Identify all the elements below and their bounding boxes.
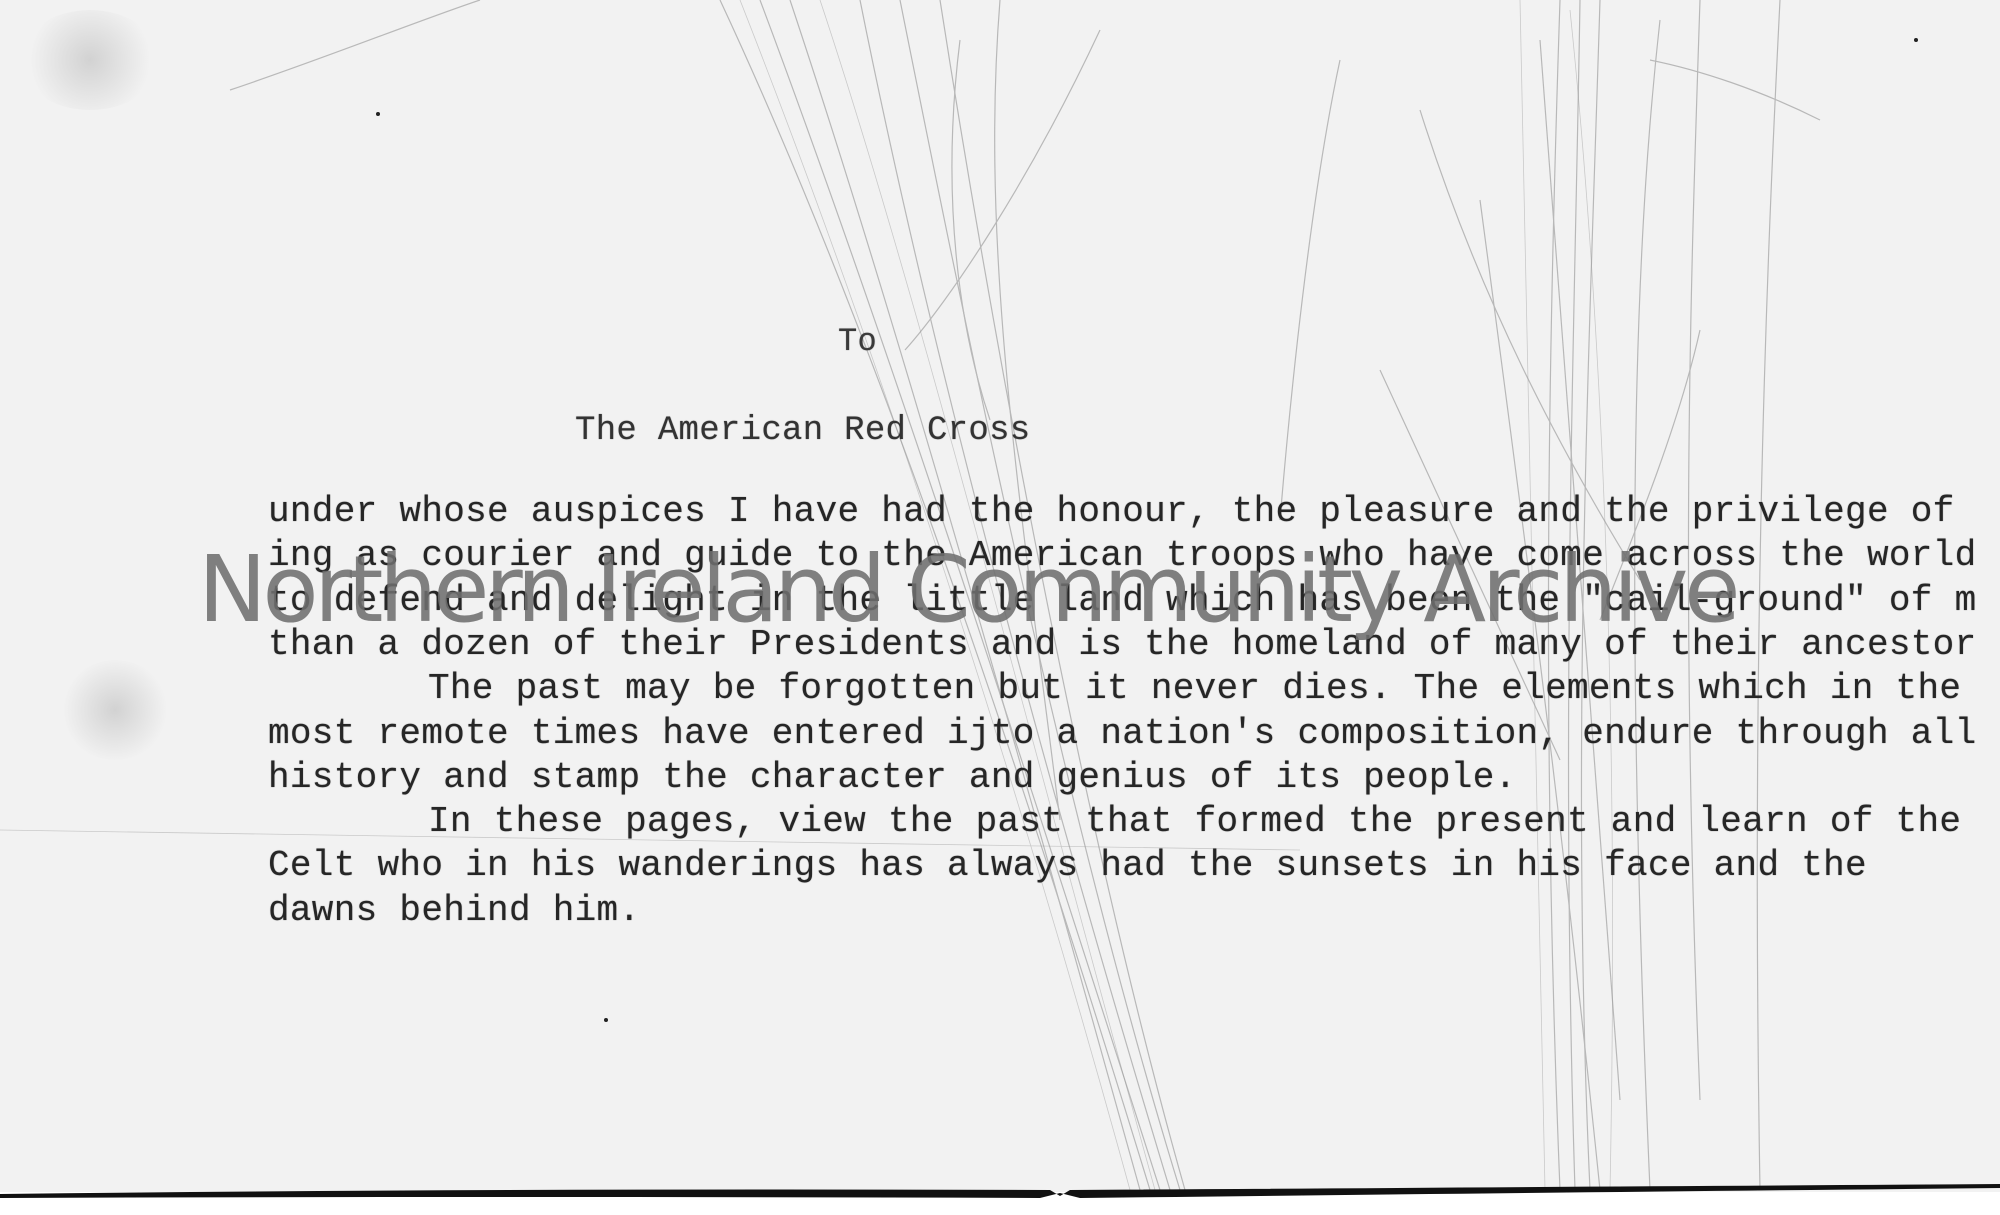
page-bottom-edge xyxy=(0,1184,2000,1198)
addressee-heading: The American Red Cross xyxy=(575,414,1030,448)
body-line: under whose auspices I have had the hono… xyxy=(268,494,1955,530)
ink-speck xyxy=(376,112,380,116)
body-line: Celt who in his wanderings has always ha… xyxy=(268,848,1867,884)
body-line: most remote times have entered ijto a na… xyxy=(268,716,1976,752)
body-line: The past may be forgotten but it never d… xyxy=(428,671,1961,707)
body-line: dawns behind him. xyxy=(268,893,640,929)
ink-speck xyxy=(1914,38,1918,42)
typed-document-page: To The American Red Cross under whose au… xyxy=(0,0,2000,1192)
ink-smudge xyxy=(20,10,160,110)
archive-watermark: Northern Ireland Community Archive xyxy=(198,544,1736,636)
salutation-to: To xyxy=(838,326,877,358)
ink-smudge xyxy=(60,660,170,760)
body-line: In these pages, view the past that forme… xyxy=(428,804,1961,840)
ink-speck xyxy=(604,1018,608,1022)
body-line: history and stamp the character and geni… xyxy=(268,760,1517,796)
